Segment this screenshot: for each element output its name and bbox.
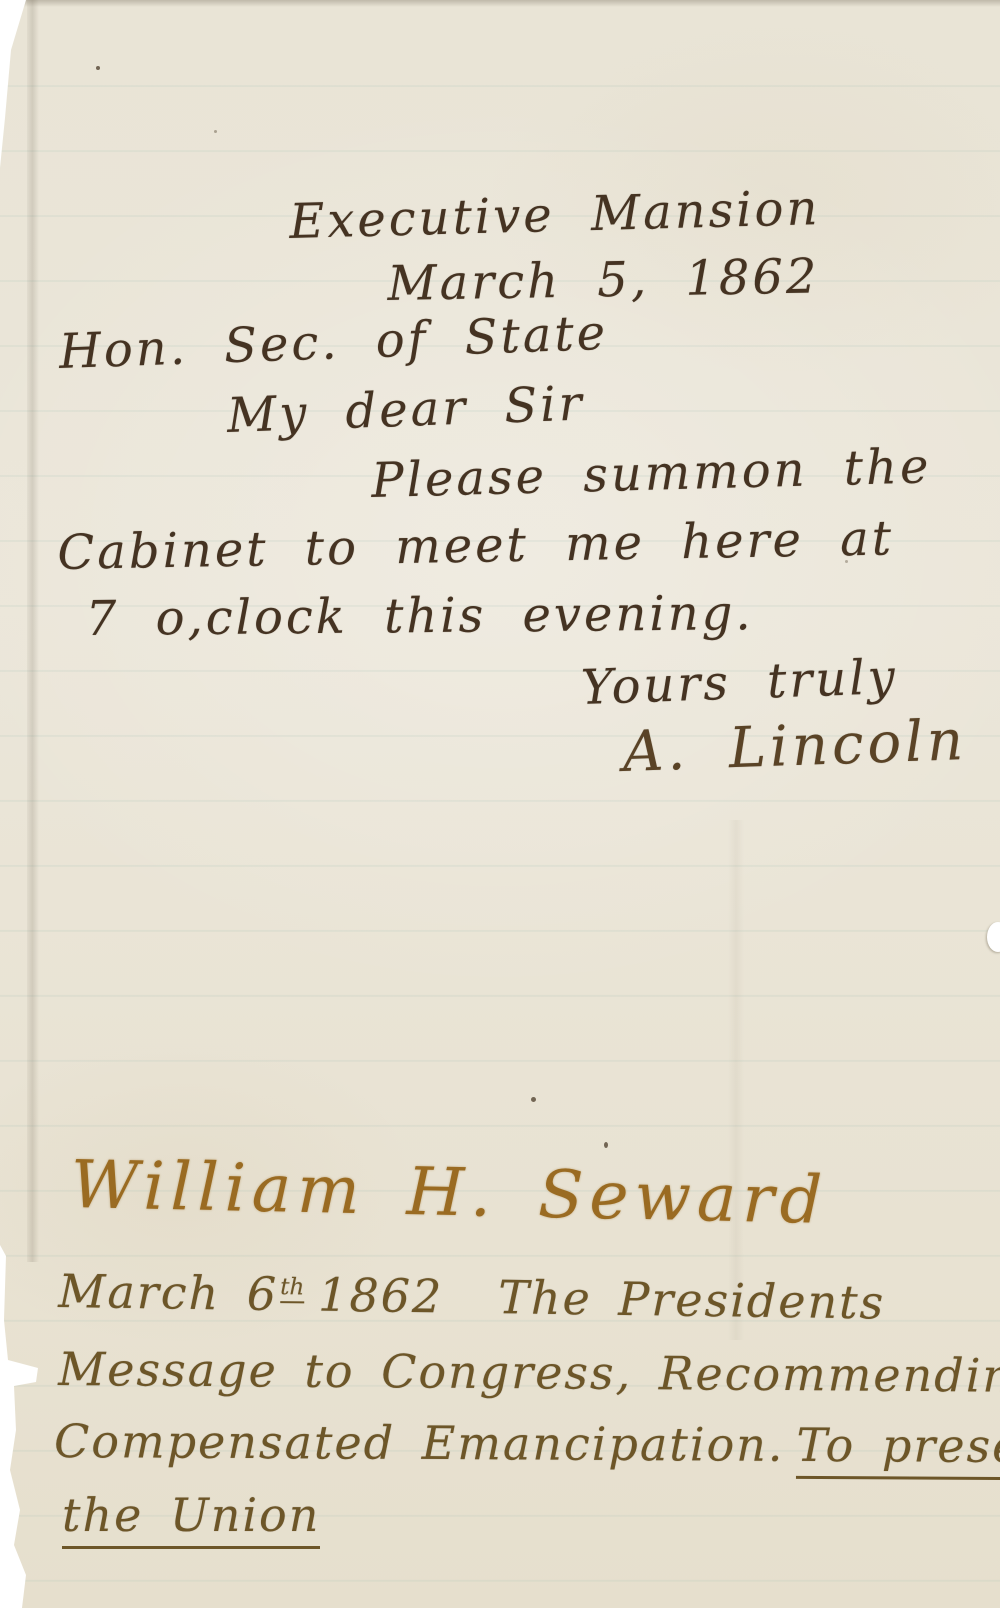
docket-date-ordinal: th <box>280 1274 304 1303</box>
paper-top-edge-shadow <box>0 0 1000 7</box>
paper-speck <box>96 66 100 70</box>
docket-line-4-underlined: the Union <box>62 1488 320 1549</box>
docket-line-3-underlined: To preserve <box>796 1418 1000 1481</box>
docket-line-4: the Union <box>62 1490 320 1542</box>
paper-speck <box>531 1097 536 1102</box>
letter-body-line-3: 7 o,clock this evening. <box>86 587 754 647</box>
seward-signature: William H. Seward <box>70 1148 829 1238</box>
left-fold-crease <box>27 0 39 1262</box>
right-fold-crease <box>728 820 744 1340</box>
docket-title-start: The Presidents <box>498 1270 886 1329</box>
paper-speck <box>604 1142 608 1148</box>
scanned-letter-page: Executive Mansion March 5, 1862 Hon. Sec… <box>0 0 1000 1608</box>
paper-speck <box>214 130 217 133</box>
docket-line-3-plain: Compensated Emancipation. <box>54 1414 785 1472</box>
lincoln-signature: A. Lincoln <box>622 710 968 785</box>
docket-line-3: Compensated Emancipation.To preserve <box>54 1416 1000 1473</box>
letter-date-line: March 5, 1862 <box>387 250 820 311</box>
docket-line-2: Message to Congress, Recommending <box>58 1344 1000 1402</box>
letter-closing-line: Yours truly <box>580 651 898 716</box>
docket-date-line: March 6th1862The Presidents <box>58 1266 886 1329</box>
docket-date-prefix: March 6 <box>58 1264 279 1321</box>
docket-date-year: 1862 <box>318 1268 444 1324</box>
